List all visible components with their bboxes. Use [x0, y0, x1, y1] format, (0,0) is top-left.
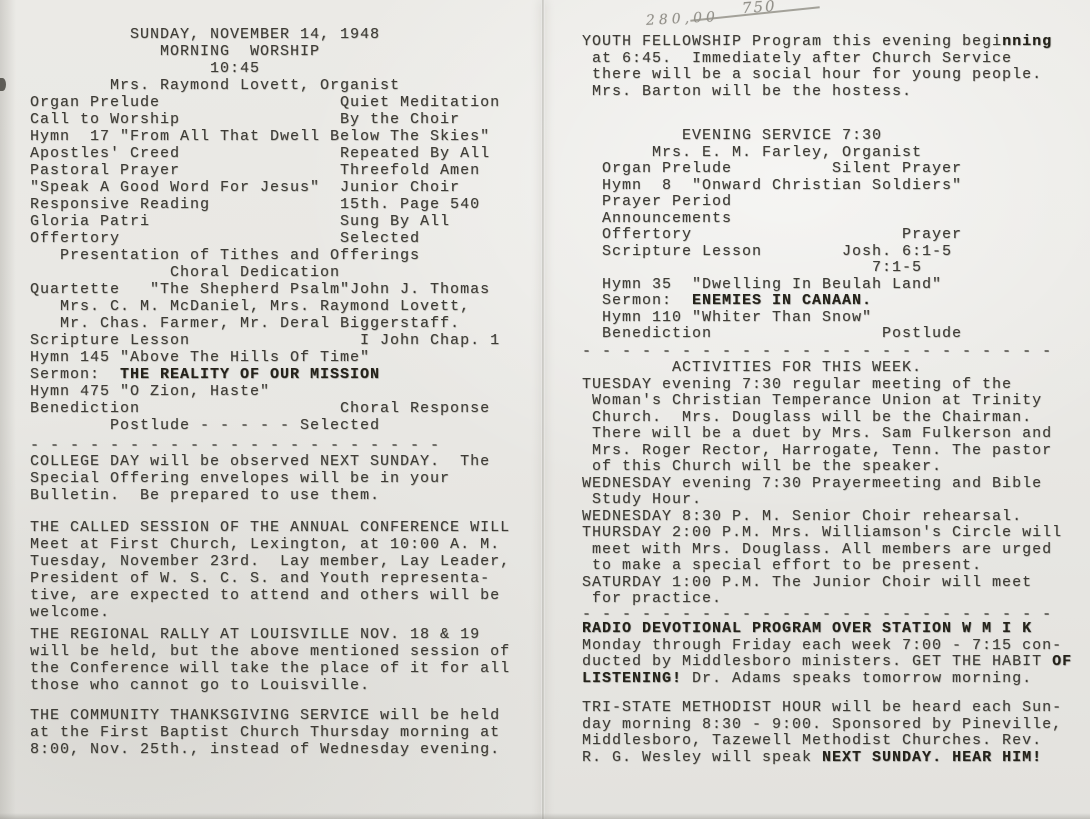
youth-fellowship-notice: YOUTH FELLOWSHIP Program this evening be…	[582, 34, 1052, 100]
radio-devotional-notice: RADIO DEVOTIONAL PROGRAM OVER STATION W …	[582, 621, 1072, 687]
regional-rally-notice: THE REGIONAL RALLY AT LOUISVILLE NOV. 18…	[30, 626, 510, 694]
evening-service-order: EVENING SERVICE 7:30 Mrs. E. M. Farley, …	[582, 128, 962, 343]
tri-state-methodist-notice: TRI-STATE METHODIST HOUR will be heard e…	[582, 700, 1062, 766]
community-thanksgiving-notice: THE COMMUNITY THANKSGIVING SERVICE will …	[30, 707, 500, 758]
morning-worship-order: SUNDAY, NOVEMBER 14, 1948 MORNING WORSHI…	[30, 26, 500, 434]
college-day-notice: COLLEGE DAY will be observed NEXT SUNDAY…	[30, 453, 490, 504]
bulletin-page: 750 280,00 SUNDAY, NOVEMBER 14, 1948 MOR…	[0, 0, 1090, 819]
paper-edge-bottom	[0, 813, 1090, 819]
dashed-separator: - - - - - - - - - - - - - - - - - - - - …	[30, 437, 440, 454]
paper-edge-left	[0, 0, 16, 819]
center-fold-crease	[541, 0, 545, 819]
called-session-notice: THE CALLED SESSION OF THE ANNUAL CONFERE…	[30, 519, 510, 621]
handwritten-number-bottom: 280,00	[646, 9, 720, 29]
activities-for-week: ACTIVITIES FOR THIS WEEK. TUESDAY evenin…	[582, 360, 1062, 608]
